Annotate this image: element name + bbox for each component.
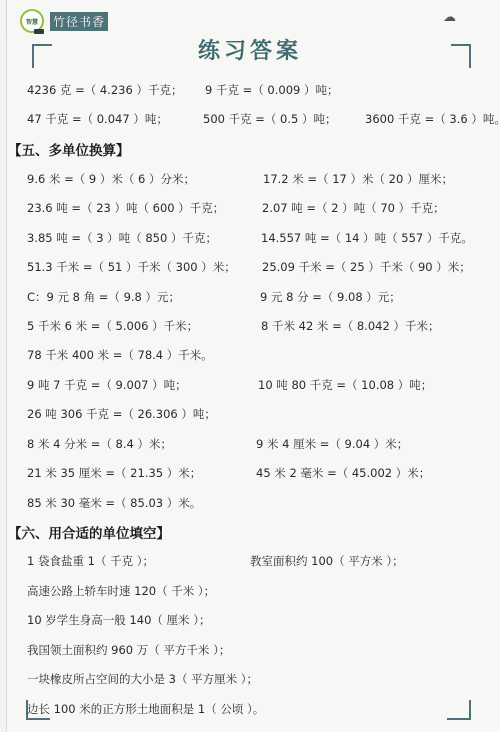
logo-text: 竹径书香 bbox=[50, 12, 108, 31]
answer-item: 21 米 35 厘米 =（ 21.35 ）米； bbox=[27, 465, 201, 481]
page-title: 练习答案 bbox=[0, 34, 500, 65]
answer-item: 10 岁学生身高一般 140（ 厘米 ）； bbox=[27, 612, 210, 628]
answer-item: 23.6 吨 =（ 23 ）吨（ 600 ）千克； bbox=[27, 200, 224, 216]
answer-item: 25.09 千米 =（ 25 ）千米（ 90 ）米； bbox=[262, 259, 471, 275]
answer-item: 9 元 8 分 =（ 9.08 ）元； bbox=[260, 289, 401, 305]
answer-item: 9 千克 =（ 0.009 ）吨； bbox=[205, 82, 339, 98]
answer-item: C：9 元 8 角 =（ 9.8 ）元； bbox=[27, 289, 180, 305]
answer-item: 9 米 4 厘米 =（ 9.04 ）米； bbox=[256, 436, 408, 452]
section-heading-fill-in-units: 【六、用合适的单位填空】 bbox=[8, 522, 170, 542]
answer-item: 3.85 吨 =（ 3 ）吨（ 850 ）千克； bbox=[27, 230, 217, 246]
answer-item: 45 米 2 毫米 =（ 45.002 ）米； bbox=[256, 465, 430, 481]
answer-item: 17.2 米 =（ 17 ）米（ 20 ）厘米； bbox=[263, 171, 453, 187]
answer-item: 51.3 千米 =（ 51 ）千米（ 300 ）米； bbox=[27, 259, 236, 275]
logo-badge-icon: 智慧 bbox=[20, 9, 44, 33]
answer-item: 8 米 4 分米 =（ 8.4 ）米； bbox=[27, 436, 172, 452]
answer-item: 9.6 米 =（ 9 ）米（ 6 ）分米； bbox=[27, 171, 195, 187]
corner-ornament-top-left-icon bbox=[32, 44, 52, 68]
answer-item: 2.07 吨 =（ 2 ）吨（ 70 ）千克； bbox=[262, 200, 445, 216]
section-heading-multi-unit-conversion: 【五、多单位换算】 bbox=[8, 139, 130, 159]
answer-item: 4236 克 =（ 4.236 ）千克； bbox=[27, 82, 182, 98]
answer-item: 85 米 30 毫米 =（ 85.03 ）米。 bbox=[27, 495, 201, 511]
corner-ornament-top-right-icon bbox=[451, 44, 471, 68]
answer-row: 我国领土面积约 960 万（ 平方千米 ）； bbox=[0, 642, 500, 662]
answer-item: 14.557 吨 =（ 14 ）吨（ 557 ）千克。 bbox=[261, 230, 473, 246]
answer-row: 一块橡皮所占空间的大小是 3（ 平方厘米 ）； bbox=[0, 671, 500, 691]
answer-item: 高速公路上轿车时速 120（ 千米 ）； bbox=[27, 583, 215, 599]
answer-item: 我国领土面积约 960 万（ 平方千米 ）； bbox=[27, 642, 230, 658]
answer-row: 4236 克 =（ 4.236 ）千克； 9 千克 =（ 0.009 ）吨； bbox=[0, 82, 500, 102]
answer-row: 85 米 30 毫米 =（ 85.03 ）米。 bbox=[0, 495, 500, 515]
answer-item: 1 袋食盐重 1（ 千克 ）； bbox=[27, 553, 154, 569]
page-edge-divider bbox=[0, 0, 7, 34]
answer-row: 高速公路上轿车时速 120（ 千米 ）； bbox=[0, 583, 500, 603]
answer-item: 教室面积约 100（ 平方米 ）； bbox=[250, 553, 404, 569]
answer-row: 10 岁学生身高一般 140（ 厘米 ）； bbox=[0, 612, 500, 632]
answer-item: 9 吨 7 千克 =（ 9.007 ）吨； bbox=[27, 377, 187, 393]
answer-row: 23.6 吨 =（ 23 ）吨（ 600 ）千克； 2.07 吨 =（ 2 ）吨… bbox=[0, 200, 500, 220]
answer-item: 47 千克 =（ 0.047 ）吨； bbox=[27, 111, 168, 127]
answer-row: 51.3 千米 =（ 51 ）千米（ 300 ）米； 25.09 千米 =（ 2… bbox=[0, 259, 500, 279]
answer-item: 5 千米 6 米 =（ 5.006 ）千米； bbox=[27, 318, 198, 334]
answer-row: 1 袋食盐重 1（ 千克 ）； 教室面积约 100（ 平方米 ）； bbox=[0, 553, 500, 573]
answer-row: 3.85 吨 =（ 3 ）吨（ 850 ）千克； 14.557 吨 =（ 14 … bbox=[0, 230, 500, 250]
answer-row: 78 千米 400 米 =（ 78.4 ）千米。 bbox=[0, 347, 500, 367]
answer-row: 9 吨 7 千克 =（ 9.007 ）吨； 10 吨 80 千克 =（ 10.0… bbox=[0, 377, 500, 397]
answer-item: 边长 100 米的正方形土地面积是 1（ 公顷 ）。 bbox=[27, 701, 264, 717]
answer-row: C：9 元 8 角 =（ 9.8 ）元； 9 元 8 分 =（ 9.08 ）元； bbox=[0, 289, 500, 309]
answer-item: 500 千克 =（ 0.5 ）吨； bbox=[203, 111, 337, 127]
answer-item: 10 吨 80 千克 =（ 10.08 ）吨； bbox=[258, 377, 432, 393]
answer-row: 47 千克 =（ 0.047 ）吨； 500 千克 =（ 0.5 ）吨； 360… bbox=[0, 111, 500, 131]
answer-row: 9.6 米 =（ 9 ）米（ 6 ）分米； 17.2 米 =（ 17 ）米（ 2… bbox=[0, 171, 500, 191]
answer-row: 26 吨 306 千克 =（ 26.306 ）吨； bbox=[0, 406, 500, 426]
answer-row: 边长 100 米的正方形土地面积是 1（ 公顷 ）。 bbox=[0, 701, 500, 721]
auspicious-cloud-icon: ☁︎ bbox=[443, 10, 454, 25]
brand-logo: 智慧 竹径书香 bbox=[20, 9, 108, 33]
answer-row: 5 千米 6 米 =（ 5.006 ）千米； 8 千米 42 米 =（ 8.04… bbox=[0, 318, 500, 338]
answer-item: 78 千米 400 米 =（ 78.4 ）千米。 bbox=[27, 347, 213, 363]
answer-item: 8 千米 42 米 =（ 8.042 ）千米； bbox=[261, 318, 439, 334]
answer-item: 一块橡皮所占空间的大小是 3（ 平方厘米 ）； bbox=[27, 671, 258, 687]
answer-row: 21 米 35 厘米 =（ 21.35 ）米； 45 米 2 毫米 =（ 45.… bbox=[0, 465, 500, 485]
answer-item: 3600 千克 =（ 3.6 ）吨。 bbox=[365, 111, 500, 127]
answer-item: 26 吨 306 千克 =（ 26.306 ）吨； bbox=[27, 406, 216, 422]
answer-row: 8 米 4 分米 =（ 8.4 ）米； 9 米 4 厘米 =（ 9.04 ）米； bbox=[0, 436, 500, 456]
